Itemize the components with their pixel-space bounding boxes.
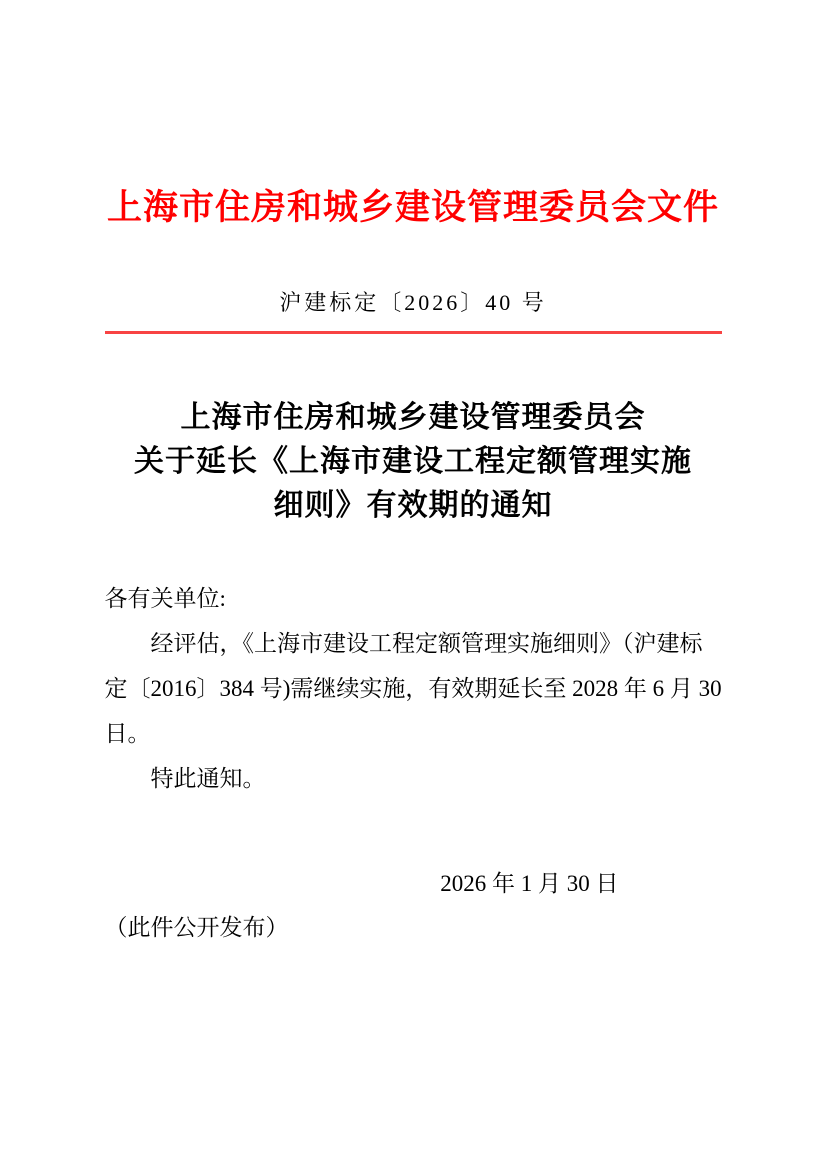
closing-line: 特此通知。 bbox=[105, 756, 722, 801]
body-paragraph-line-1: 经评估，《上海市建设工程定额管理实施细则》（沪建标 bbox=[105, 621, 722, 666]
document-date: 2026 年 1 月 30 日 bbox=[105, 869, 722, 899]
document-title: 上海市住房和城乡建设管理委员会 关于延长《上海市建设工程定额管理实施 细则》有效… bbox=[0, 396, 826, 528]
document-number: 沪建标定〔2026〕40 号 bbox=[0, 288, 826, 318]
document-title-line-1: 上海市住房和城乡建设管理委员会 bbox=[0, 396, 826, 440]
document-title-line-2: 关于延长《上海市建设工程定额管理实施 bbox=[0, 440, 826, 484]
official-document-page: 上海市住房和城乡建设管理委员会文件 沪建标定〔2026〕40 号 上海市住房和城… bbox=[0, 0, 826, 1169]
document-header-title: 上海市住房和城乡建设管理委员会文件 bbox=[0, 186, 826, 230]
salutation: 各有关单位: bbox=[105, 576, 722, 621]
document-body: 各有关单位: 经评估，《上海市建设工程定额管理实施细则》（沪建标 定〔2016〕… bbox=[105, 576, 722, 801]
public-release-note: （此件公开发布） bbox=[105, 913, 722, 943]
body-paragraph-line-3: 日。 bbox=[105, 711, 722, 756]
red-divider-line bbox=[105, 331, 722, 334]
body-paragraph-line-2: 定〔2016〕384 号)需继续实施，有效期延长至 2028 年 6 月 30 bbox=[105, 666, 722, 711]
document-title-line-3: 细则》有效期的通知 bbox=[0, 484, 826, 528]
